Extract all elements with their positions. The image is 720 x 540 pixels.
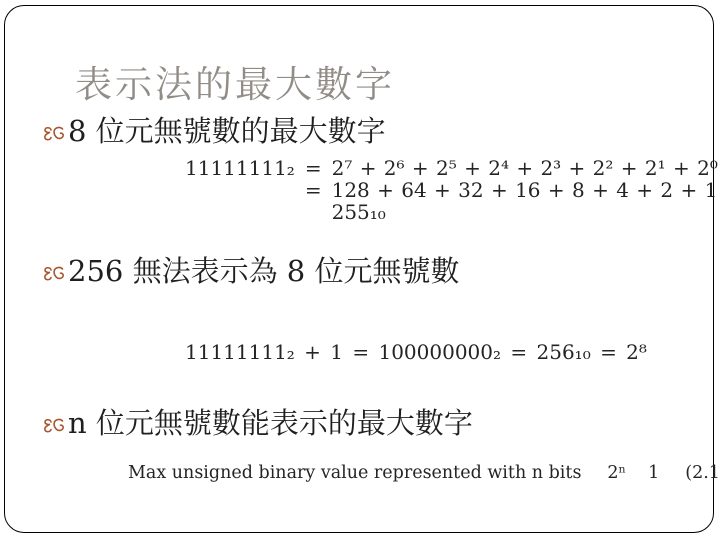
eq1-spacer	[185, 180, 295, 201]
bullet-item-1: 8 位元無號數的最大數字	[40, 114, 386, 149]
formula-expression: 2ⁿ	[607, 463, 626, 483]
eq1-spacer	[185, 202, 295, 223]
bullet-text: 256 無法表示為 8 位元無號數	[68, 254, 459, 289]
floral-bullet-icon	[40, 264, 66, 282]
slide-title: 表示法的最大數字	[75, 54, 395, 108]
floral-bullet-icon	[40, 124, 66, 142]
eq1-spacer	[305, 202, 322, 223]
formula-caption: Max unsigned binary value represented wi…	[128, 463, 581, 483]
formula-value: 1	[648, 463, 659, 483]
formula-number-label: (2.1)	[685, 463, 720, 483]
eq1-result: 255₁₀	[332, 202, 718, 223]
eq1-lhs: 11111111₂	[185, 158, 295, 179]
equation-block-255: 11111111₂ = 2⁷ + 2⁶ + 2⁵ + 2⁴ + 2³ + 2² …	[185, 158, 718, 223]
slide: 表示法的最大數字 8 位元無號數的最大數字 11111111₂ = 2⁷ + 2…	[0, 0, 720, 540]
formula-2-1: Max unsigned binary value represented wi…	[128, 463, 720, 483]
eq1-powers: 2⁷ + 2⁶ + 2⁵ + 2⁴ + 2³ + 2² + 2¹ + 2⁰	[332, 158, 718, 179]
bullet-item-2: 256 無法表示為 8 位元無號數	[40, 254, 459, 289]
equation-block-256: 11111111₂ + 1 = 100000000₂ = 256₁₀ = 2⁸	[185, 340, 647, 364]
bullet-item-3: n 位元無號數能表示的最大數字	[40, 406, 473, 441]
floral-bullet-icon	[40, 416, 66, 434]
bullet-text: 8 位元無號數的最大數字	[68, 114, 386, 149]
eq1-equals-1: =	[305, 158, 322, 179]
eq1-equals-2: =	[305, 180, 322, 201]
eq1-sum: 128 + 64 + 32 + 16 + 8 + 4 + 2 + 1	[332, 180, 718, 201]
bullet-text: n 位元無號數能表示的最大數字	[68, 406, 473, 441]
